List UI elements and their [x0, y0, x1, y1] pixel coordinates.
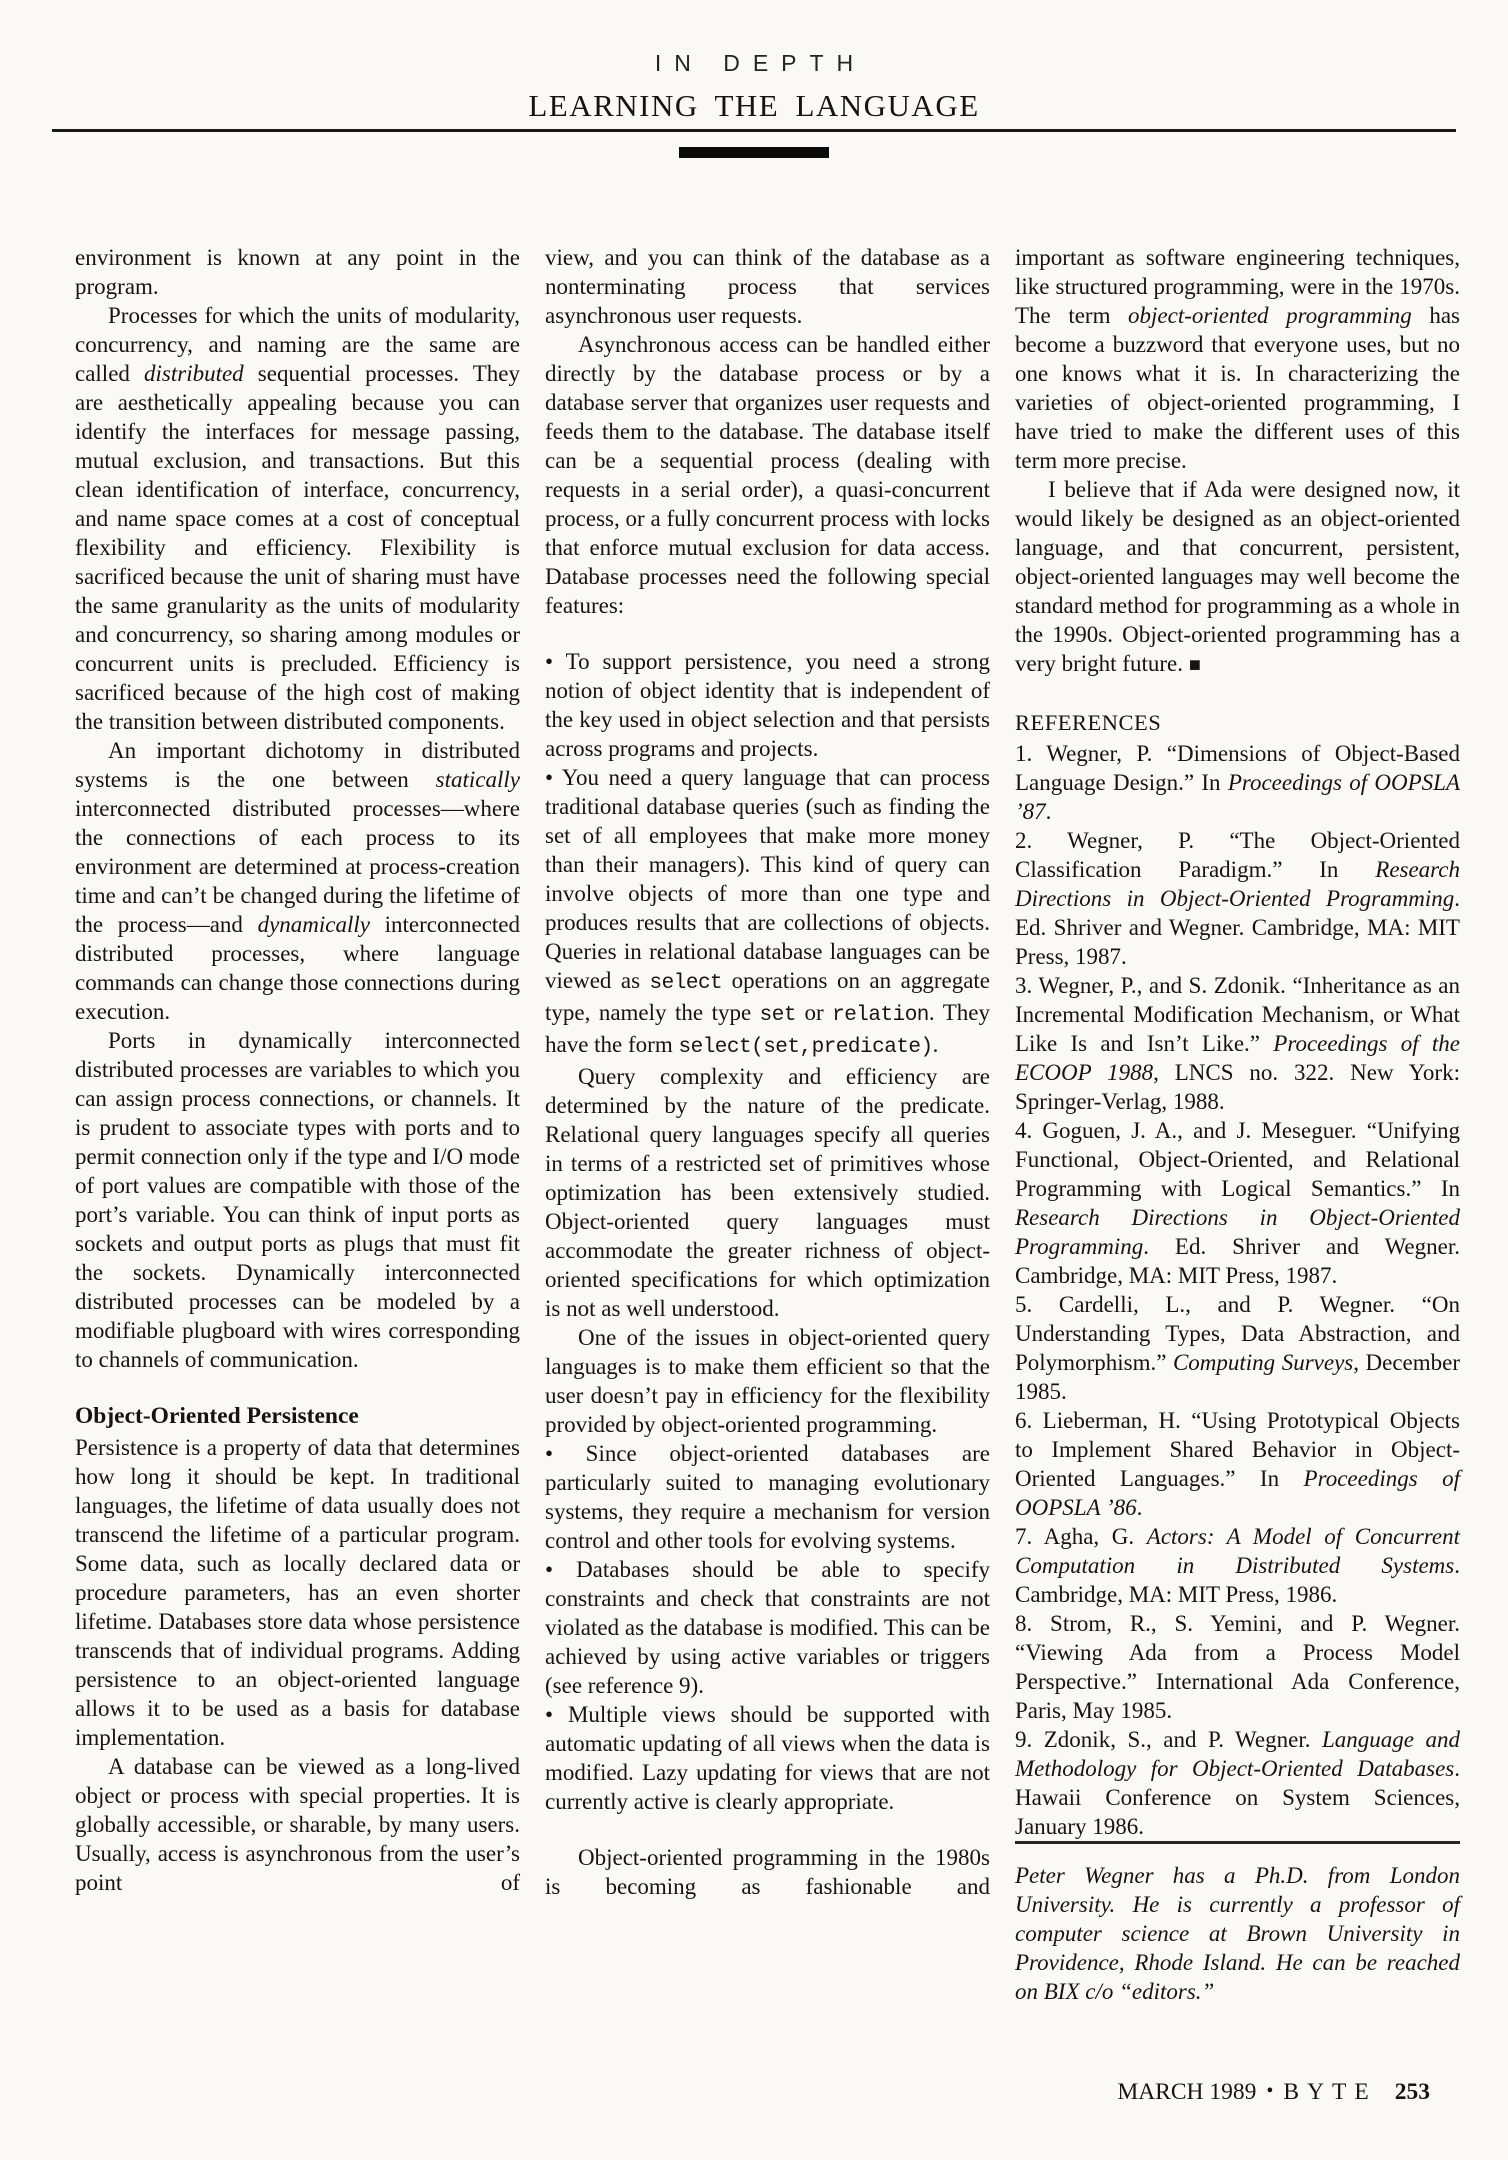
- bullet-item: • Databases should be able to specify co…: [545, 1555, 990, 1700]
- bullet-icon: •: [545, 1557, 576, 1582]
- bullet-item: • Since object-oriented databases are pa…: [545, 1439, 990, 1555]
- paragraph: Processes for which the units of modular…: [75, 301, 520, 736]
- reference-item: 9. Zdonik, S., and P. Wegner. Language a…: [1015, 1725, 1460, 1841]
- column-3: important as software engineering techni…: [1015, 243, 1460, 2006]
- bullet-item: • You need a query language that can pro…: [545, 763, 990, 1062]
- bullet-item: • To support persistence, you need a str…: [545, 647, 990, 763]
- references-heading: REFERENCES: [1015, 708, 1460, 737]
- author-bio: Peter Wegner has a Ph.D. from London Uni…: [1015, 1841, 1460, 2006]
- column-1: environment is known at any point in the…: [75, 243, 520, 2006]
- reference-item: 3. Wegner, P., and S. Zdonik. “Inheritan…: [1015, 971, 1460, 1116]
- paragraph: important as software engineering techni…: [1015, 243, 1460, 475]
- footer-issue: MARCH 1989: [1117, 2079, 1256, 2105]
- footer-separator-icon: •: [1266, 2080, 1273, 2102]
- paragraph: Asynchronous access can be handled eithe…: [545, 330, 990, 620]
- paragraph: A database can be viewed as a long-lived…: [75, 1752, 520, 1897]
- paragraph: An important dichotomy in distributed sy…: [75, 736, 520, 1026]
- reference-item: 6. Lieberman, H. “Using Prototypical Obj…: [1015, 1406, 1460, 1522]
- end-of-article-icon: ■: [1189, 654, 1201, 676]
- reference-item: 4. Goguen, J. A., and J. Meseguer. “Unif…: [1015, 1116, 1460, 1290]
- page-footer: MARCH 1989•BYTE253: [1117, 2076, 1430, 2107]
- paragraph: One of the issues in object-oriented que…: [545, 1323, 990, 1439]
- paragraph: environment is known at any point in the…: [75, 243, 520, 301]
- section-kicker: IN DEPTH: [0, 50, 1508, 77]
- reference-item: 1. Wegner, P. “Dimensions of Object-Base…: [1015, 739, 1460, 826]
- paragraph: Ports in dynamically interconnected dist…: [75, 1026, 520, 1374]
- bullet-item: • Multiple views should be supported wit…: [545, 1700, 990, 1816]
- magazine-page: IN DEPTH LEARNING THE LANGUAGE environme…: [0, 0, 1508, 2160]
- reference-item: 7. Agha, G. Actors: A Model of Concurren…: [1015, 1522, 1460, 1609]
- paragraph: Query complexity and efficiency are dete…: [545, 1062, 990, 1323]
- reference-item: 8. Strom, R., S. Yemini, and P. Wegner. …: [1015, 1609, 1460, 1725]
- reference-item: 2. Wegner, P. “The Object-Oriented Class…: [1015, 826, 1460, 971]
- paragraph: I believe that if Ada were designed now,…: [1015, 475, 1460, 680]
- paragraph: view, and you can think of the database …: [545, 243, 990, 330]
- column-2: view, and you can think of the database …: [545, 243, 990, 2006]
- paragraph: Object-oriented programming in the 1980s…: [545, 1843, 990, 1901]
- page-title: LEARNING THE LANGUAGE: [0, 88, 1508, 124]
- reference-item: 5. Cardelli, L., and P. Wegner. “On Unde…: [1015, 1290, 1460, 1406]
- article-body: environment is known at any point in the…: [75, 243, 1460, 2006]
- footer-magazine: BYTE: [1283, 2079, 1376, 2105]
- footer-page-number: 253: [1395, 2079, 1430, 2105]
- bullet-icon: •: [545, 1702, 568, 1727]
- bullet-icon: •: [545, 1441, 586, 1466]
- section-heading: Object-Oriented Persistence: [75, 1402, 520, 1431]
- bullet-icon: •: [545, 765, 562, 790]
- header-rule: [52, 129, 1456, 132]
- paragraph: Persistence is a property of data that d…: [75, 1433, 520, 1752]
- header-accent-bar: [679, 147, 829, 158]
- bullet-icon: •: [545, 649, 566, 674]
